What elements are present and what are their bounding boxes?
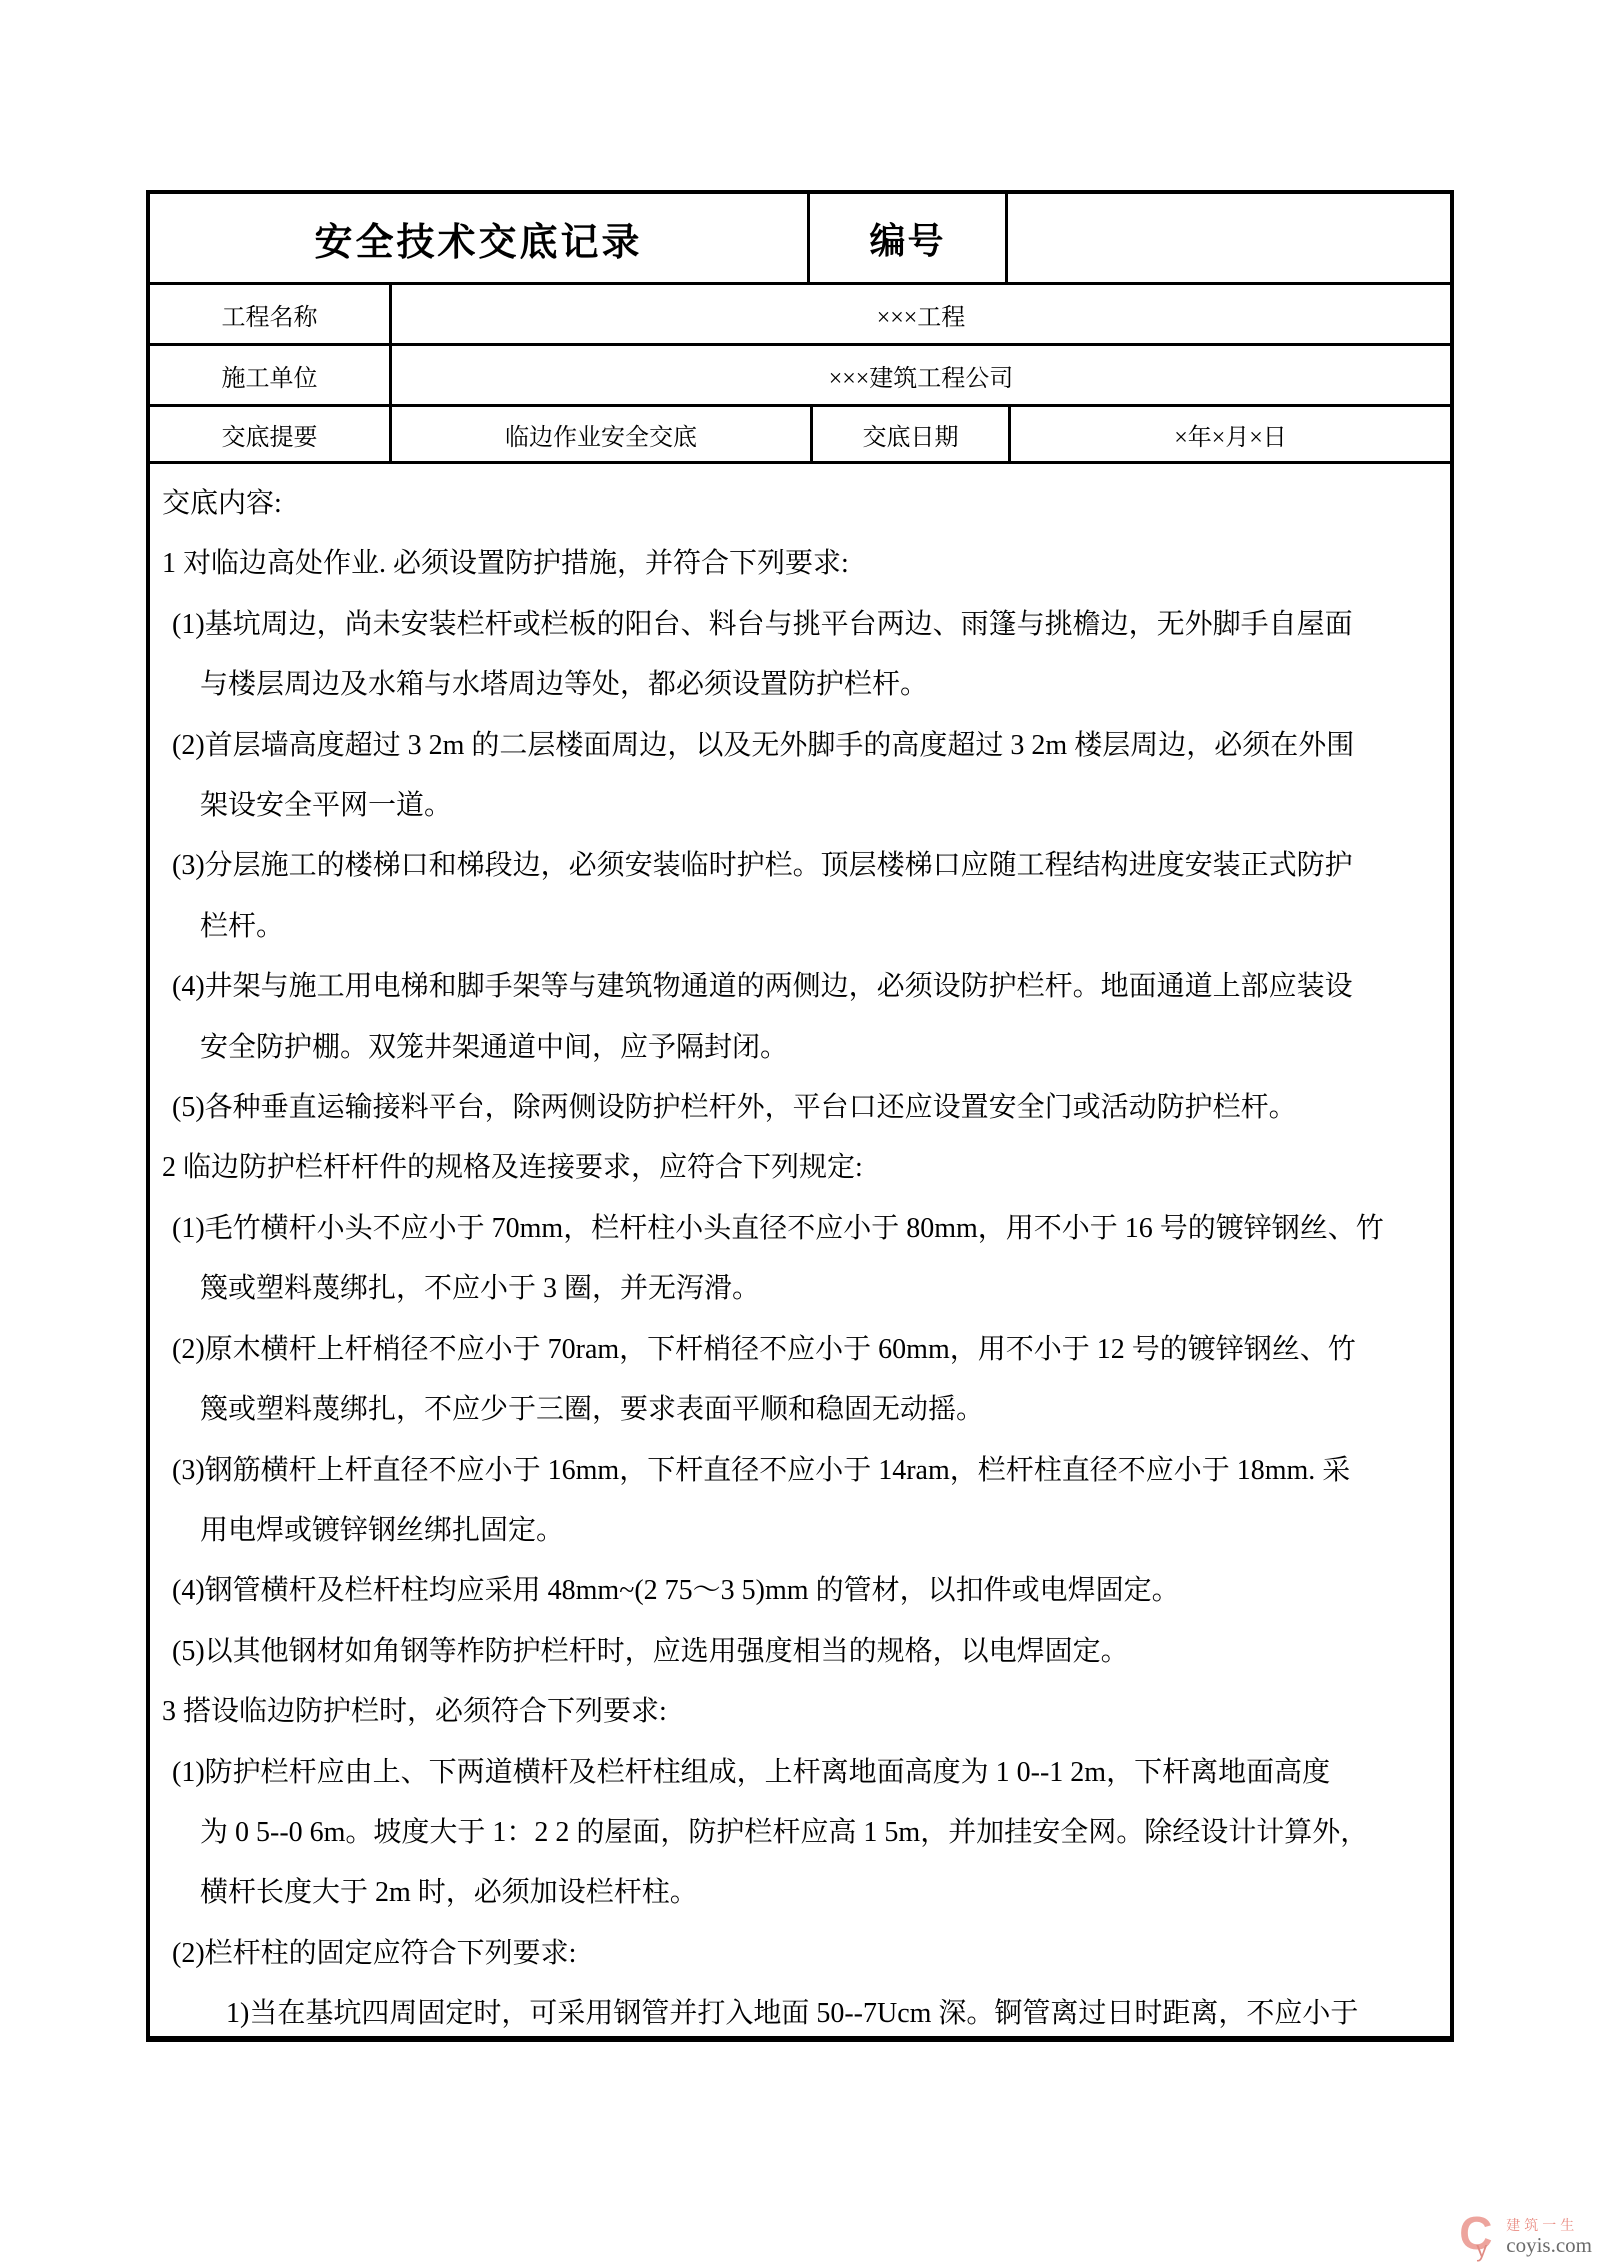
watermark-brand: 建筑一生 xyxy=(1506,2217,1592,2233)
content-line: 篾或塑料蔑绑扎，不应小于 3 圈，并无泻滑。 xyxy=(200,1259,1450,1319)
content-line: (5)各种垂直运输接料平台，除两侧设防护栏杆外，平台口还应设置安全门或活动防护栏… xyxy=(172,1078,1450,1138)
content-heading: 交底内容: xyxy=(162,474,1450,534)
content-line: 与楼层周边及水箱与水塔周边等处，都必须设置防护栏杆。 xyxy=(200,655,1450,715)
content-line: 1)当在基坑四周固定时，可采用钢管并打入地面 50--7Ucm 深。锕管离过日时… xyxy=(226,1984,1450,2036)
content-line: (1)毛竹横杆小头不应小于 70mm，栏杆柱小头直径不应小于 80mm，用不小于… xyxy=(172,1199,1450,1259)
number-label: 编号 xyxy=(810,194,1008,282)
content-line: 2 临边防护栏杆杆件的规格及连接要求，应符合下列规定: xyxy=(162,1138,1450,1198)
content-line: 安全防护棚。双笼井架通道中间，应予隔封闭。 xyxy=(200,1018,1450,1078)
disclosure-content: 交底内容: 1 对临边高处作业. 必须设置防护措施，并符合下列要求: (1)基坑… xyxy=(150,464,1450,2036)
content-line: 用电焊或镀锌钢丝绑扎固定。 xyxy=(200,1501,1450,1561)
title-row: 安全技术交底记录 编号 xyxy=(150,194,1450,285)
content-line: (1)防护栏杆应由上、下两道横杆及栏杆柱组成，上杆离地面高度为 1 0--1 2… xyxy=(172,1743,1450,1803)
document-title: 安全技术交底记录 xyxy=(150,194,810,282)
project-name-label: 工程名称 xyxy=(150,285,392,343)
watermark-site: coyis.com xyxy=(1506,2233,1592,2257)
number-value xyxy=(1008,194,1450,282)
content-line: (1)基坑周边，尚未安装栏杆或栏板的阳台、料台与挑平台两边、雨篷与挑檐边，无外脚… xyxy=(172,595,1450,655)
content-line: 1 对临边高处作业. 必须设置防护措施，并符合下列要求: xyxy=(162,534,1450,594)
content-line: (5)以其他钢材如角钢等柞防护栏杆时，应选用强度相当的规格，以电焊固定。 xyxy=(172,1622,1450,1682)
project-name-row: 工程名称 ×××工程 xyxy=(150,285,1450,346)
content-line: (3)分层施工的楼梯口和梯段边，必须安装临时护栏。顶层楼梯口应随工程结构进度安装… xyxy=(172,836,1450,896)
content-line: 为 0 5--0 6m。坡度大于 1：2 2 的屋面，防护栏杆应高 1 5m，并… xyxy=(200,1803,1450,1863)
content-line: (3)钢筋横杆上杆直径不应小于 16mm，下杆直径不应小于 14ram，栏杆柱直… xyxy=(172,1441,1450,1501)
content-line: (2)原木横杆上杆梢径不应小于 70ram，下杆梢径不应小于 60mm，用不小于… xyxy=(172,1320,1450,1380)
coyis-logo-icon: C y xyxy=(1459,2216,1499,2258)
brief-label: 交底提要 xyxy=(150,407,392,461)
content-line: (2)栏杆柱的固定应符合下列要求: xyxy=(172,1924,1450,1984)
safety-disclosure-table: 安全技术交底记录 编号 工程名称 ×××工程 施工单位 ×××建筑工程公司 交底… xyxy=(146,190,1454,2042)
content-line: 3 搭设临边防护栏时，必须符合下列要求: xyxy=(162,1682,1450,1742)
content-line: (4)井架与施工用电梯和脚手架等与建筑物通道的两侧边，必须设防护栏杆。地面通道上… xyxy=(172,957,1450,1017)
content-line: 横杆长度大于 2m 时，必须加设栏杆柱。 xyxy=(200,1863,1450,1923)
construction-unit-row: 施工单位 ×××建筑工程公司 xyxy=(150,346,1450,407)
site-watermark: C y 建筑一生 coyis.com xyxy=(1459,2216,1592,2258)
logo-letter-y: y xyxy=(1476,2239,1487,2261)
brief-row: 交底提要 临边作业安全交底 交底日期 ×年×月×日 xyxy=(150,407,1450,464)
watermark-text: 建筑一生 coyis.com xyxy=(1506,2217,1592,2258)
content-line: (2)首层墙高度超过 3 2m 的二层楼面周边，以及无外脚手的高度超过 3 2m… xyxy=(172,716,1450,776)
date-label: 交底日期 xyxy=(813,407,1011,461)
content-line: 栏杆。 xyxy=(200,897,1450,957)
construction-unit-label: 施工单位 xyxy=(150,346,392,404)
date-value: ×年×月×日 xyxy=(1011,407,1450,461)
construction-unit-value: ×××建筑工程公司 xyxy=(392,346,1450,404)
content-line: 篾或塑料蔑绑扎，不应少于三圈，要求表面平顺和稳固无动摇。 xyxy=(200,1380,1450,1440)
content-line: 架设安全平网一道。 xyxy=(200,776,1450,836)
content-line: (4)钢管横杆及栏杆柱均应采用 48mm~(2 75～3 5)mm 的管材，以扣… xyxy=(172,1561,1450,1621)
brief-value: 临边作业安全交底 xyxy=(392,407,813,461)
project-name-value: ×××工程 xyxy=(392,285,1450,343)
